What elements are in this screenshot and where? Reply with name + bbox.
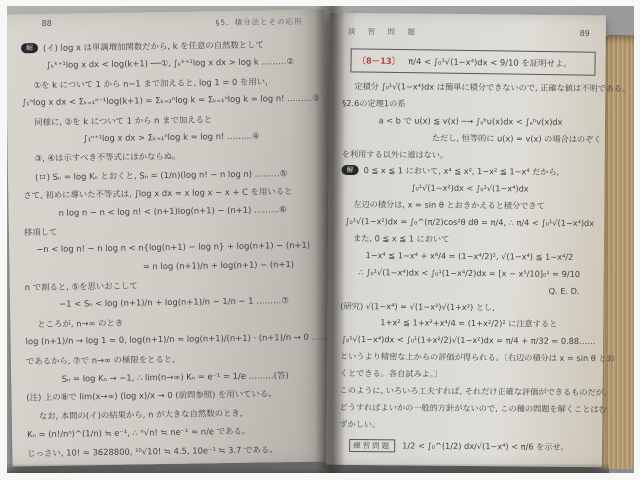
page-edge-stack [602, 34, 635, 469]
left-section-header: §5．積分法とその応用 [216, 16, 303, 28]
exercise-problem: 練習問題 1/2 < ∫₀^(1/2) dx/√(1−x⁴) < π/6 を示せ… [339, 436, 596, 458]
left-page-number: 88 [42, 19, 52, 28]
text-line: (イ) log x は単調増加関数だから, k を任意の自然数として [43, 39, 264, 52]
solution-badge: 解 [342, 165, 359, 175]
exercise-statement: 1/2 < ∫₀^(1/2) dx/√(1−x⁴) < π/6 を示せ。 [402, 441, 569, 453]
text-line: 0 ≦ x ≦ 1 において, x⁴ ≦ x², 1−x² ≦ 1−x⁴ だから… [364, 166, 560, 178]
left-page: 88 §5．積分法とその応用 解(イ) log x は単調増加関数だから, k … [7, 10, 332, 467]
right-section-header: 演 習 問 題 [348, 26, 420, 38]
problem-box: 〔8ー13〕 π/4 < ∫₀¹√(1−x⁴)dx < 9/10 を証明せよ。 [350, 48, 595, 75]
book-bottom-shadow [7, 464, 609, 473]
right-page-number: 89 [580, 29, 590, 38]
formula-line: じっさい, 10! = 3628800, ¹⁰√10! ≒ 4.5, 10e⁻¹… [27, 442, 325, 465]
exercise-label: 練習問題 [349, 439, 395, 452]
right-page: 演 習 問 題 89 〔8ー13〕 π/4 < ∫₀¹√(1−x⁴)dx < 9… [326, 13, 606, 467]
left-page-content: 解(イ) log x は単調増加関数だから, k を任意の自然数として ∫ₖᵏ⁺… [21, 38, 326, 466]
right-page-content: 〔8ー13〕 π/4 < ∫₀¹√(1−x⁴)dx < 9/10 を証明せよ。 … [339, 47, 600, 458]
problem-statement: π/4 < ∫₀¹√(1−x⁴)dx < 9/10 を証明せよ。 [408, 55, 572, 69]
solution-badge: 解 [21, 43, 38, 53]
book-photo: 88 §5．積分法とその応用 解(イ) log x は単調増加関数だから, k … [7, 5, 635, 473]
problem-number-label: 〔8ー13〕 [357, 54, 400, 67]
